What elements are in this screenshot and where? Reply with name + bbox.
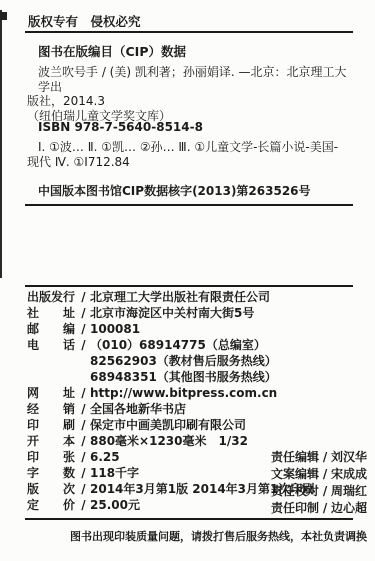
- row-separator: /: [77, 481, 90, 497]
- row-label: 印 刷: [27, 417, 77, 433]
- row-value: 北京理工大学出版社有限责任公司: [90, 289, 357, 305]
- publication-row-distribution: 经 销 / 全国各地新华书店: [27, 401, 357, 417]
- credit-value: 宋成成: [331, 466, 367, 483]
- row-value: 全国各地新华书店: [90, 401, 357, 417]
- publication-row-format: 开 本 / 880毫米×1230毫米 1/32: [27, 433, 357, 449]
- row-label: 字 数: [27, 465, 77, 481]
- row-label: 社 址: [27, 305, 77, 321]
- row-separator: [77, 369, 90, 385]
- credit-value: 边心超: [331, 500, 367, 517]
- publication-row-address: 社 址 / 北京市海淀区中关村南大街5号: [27, 305, 357, 321]
- divider-top: [25, 31, 353, 33]
- row-value: 100081: [90, 321, 357, 337]
- cip-classification-line-1: Ⅰ. ①波… Ⅱ. ①凯… ②孙… Ⅲ. ①儿童文学-长篇小说-美国-: [27, 140, 357, 155]
- credit-row-proofreader: 责任校对 / 周瑞红: [271, 483, 367, 500]
- publication-row-website: 网 址 / http://www.bitpress.com.cn: [27, 385, 357, 401]
- row-label: 出版发行: [27, 289, 77, 305]
- row-separator: /: [77, 497, 90, 513]
- row-separator: /: [77, 305, 90, 321]
- credit-label: 责任编辑: [271, 449, 319, 466]
- credit-label: 责任校对: [271, 483, 319, 500]
- row-separator: /: [77, 385, 90, 401]
- row-value: （010）68914775（总编室）: [90, 337, 357, 353]
- publication-row-postcode: 邮 编 / 100081: [27, 321, 357, 337]
- row-value: 880毫米×1230毫米 1/32: [90, 433, 357, 449]
- cip-description: 波兰吹号手 / (美) 凯利著；孙丽娟译. —北京：北京理工大学出 版社，201…: [27, 65, 357, 123]
- row-label: 版 次: [27, 481, 77, 497]
- cip-description-line-2: 版社，2014.3: [27, 94, 357, 109]
- cip-classification: Ⅰ. ①波… Ⅱ. ①凯… ②孙… Ⅲ. ①儿童文学-长篇小说-美国- 现代 Ⅳ…: [27, 140, 357, 170]
- row-value: 北京市海淀区中关村南大街5号: [90, 305, 357, 321]
- row-label: 邮 编: [27, 321, 77, 337]
- publication-row-phone-2: 82562903（教材售后服务热线）: [27, 353, 357, 369]
- row-label: [27, 369, 77, 385]
- credit-separator: /: [319, 500, 331, 517]
- publication-row-printer: 印 刷 / 保定市中画美凯印刷有限公司: [27, 417, 357, 433]
- row-value: 保定市中画美凯印刷有限公司: [90, 417, 357, 433]
- credit-separator: /: [319, 449, 331, 466]
- row-value: 82562903（教材售后服务热线）: [90, 353, 357, 369]
- row-separator: /: [77, 337, 90, 353]
- row-separator: /: [77, 465, 90, 481]
- row-label: 网 址: [27, 385, 77, 401]
- credit-separator: /: [319, 483, 331, 500]
- credit-value: 刘汉华: [331, 449, 367, 466]
- row-separator: [77, 353, 90, 369]
- credit-row-copy-editor: 文案编辑 / 宋成成: [271, 466, 367, 483]
- row-label: 开 本: [27, 433, 77, 449]
- row-value: http://www.bitpress.com.cn: [90, 385, 357, 401]
- cip-section-title: 图书在版编目（CIP）数据: [38, 42, 186, 60]
- divider-middle-lower: [25, 285, 353, 287]
- cip-description-line-1: 波兰吹号手 / (美) 凯利著；孙丽娟译. —北京：北京理工大学出: [27, 65, 357, 94]
- divider-middle-upper: [25, 204, 353, 206]
- divider-bottom: [25, 518, 353, 520]
- credit-value: 周瑞红: [331, 483, 367, 500]
- row-label: 电 话: [27, 337, 77, 353]
- publication-row-phone-3: 68948351（其他图书服务热线）: [27, 369, 357, 385]
- credit-row-print-supervisor: 责任印制 / 边心超: [271, 500, 367, 517]
- row-label: 经 销: [27, 401, 77, 417]
- scan-artifact-blob: [0, 12, 7, 20]
- staff-credits: 责任编辑 / 刘汉华 文案编辑 / 宋成成 责任校对 / 周瑞红 责任印制 / …: [271, 449, 367, 517]
- row-separator: /: [77, 289, 90, 305]
- row-label: 定 价: [27, 497, 77, 513]
- credit-separator: /: [319, 466, 331, 483]
- row-separator: /: [77, 401, 90, 417]
- row-label: 印 张: [27, 449, 77, 465]
- row-separator: /: [77, 321, 90, 337]
- cip-classification-line-2: 现代 Ⅳ. ①I712.84: [27, 155, 357, 170]
- publication-row-phone: 电 话 / （010）68914775（总编室）: [27, 337, 357, 353]
- copyright-notice: 版权专有 侵权必究: [28, 12, 141, 30]
- isbn: ISBN 978-7-5640-8514-8: [38, 120, 203, 134]
- copyright-page: 版权专有 侵权必究 图书在版编目（CIP）数据 波兰吹号手 / (美) 凯利著；…: [0, 0, 375, 561]
- row-label: [27, 353, 77, 369]
- row-separator: /: [77, 433, 90, 449]
- publication-row-publisher: 出版发行 / 北京理工大学出版社有限责任公司: [27, 289, 357, 305]
- credit-label: 文案编辑: [271, 466, 319, 483]
- cip-record-number: 中国版本图书馆CIP数据核字(2013)第263526号: [38, 182, 311, 199]
- credit-row-editor: 责任编辑 / 刘汉华: [271, 449, 367, 466]
- row-value: 68948351（其他图书服务热线）: [90, 369, 357, 385]
- quality-notice: 图书出现印装质量问题，请拨打售后服务热线，本社负责调换: [70, 528, 370, 544]
- scan-artifact-left-edge: [0, 10, 2, 278]
- row-separator: /: [77, 449, 90, 465]
- credit-label: 责任印制: [271, 500, 319, 517]
- row-separator: /: [77, 417, 90, 433]
